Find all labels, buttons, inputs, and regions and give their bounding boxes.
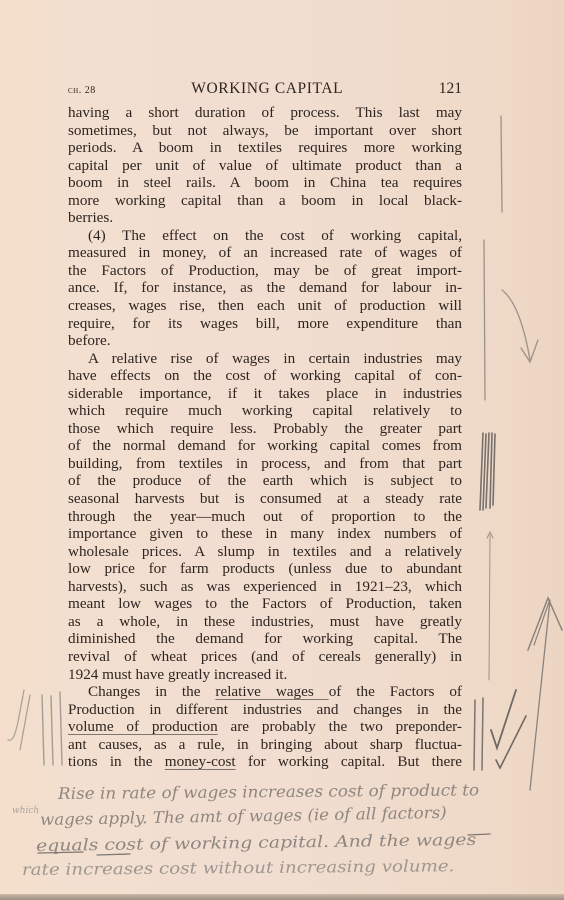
- text-line: Production in different industries and c…: [68, 701, 462, 719]
- text-line: those which require less. Probably the g…: [68, 420, 462, 438]
- text-line: volume of production are probably the tw…: [68, 718, 462, 736]
- text-line: boom in steel rails. A boom in China tea…: [68, 174, 462, 192]
- text-line: sometimes, but not always, be important …: [68, 122, 462, 140]
- page-number: 121: [439, 80, 462, 98]
- body-text: having a short duration of process. This…: [68, 104, 462, 771]
- text-span: are probably the two preponder-: [218, 718, 462, 735]
- text-line: importance given to these in many index …: [68, 525, 462, 543]
- text-line: seasonal harvests but is consumed at a s…: [68, 490, 462, 508]
- chapter-label: ch. 28: [68, 85, 96, 96]
- text-span: tions in the: [68, 753, 165, 770]
- text-line: siderable importance, if it takes place …: [68, 385, 462, 403]
- text-line: tions in the money-cost for working capi…: [68, 753, 462, 771]
- text-line: having a short duration of process. This…: [68, 104, 462, 122]
- text-line: A relative rise of wages in certain indu…: [68, 350, 462, 368]
- note-line: rate increases cost without increasing v…: [22, 856, 455, 879]
- underlined-phrase: money-cost: [165, 753, 236, 770]
- text-span: for working capital. But there: [236, 753, 462, 770]
- text-line: of the produce of the earth which is sub…: [68, 472, 462, 490]
- text-line: ance. If, for instance, as the demand fo…: [68, 279, 462, 297]
- text-line: (4) The effect on the cost of working ca…: [68, 227, 462, 245]
- text-line: the Factors of Production, may be of gre…: [68, 262, 462, 280]
- text-span: Changes in the: [88, 683, 215, 700]
- handwritten-note: Rise in rate of wages increases cost of …: [0, 780, 564, 894]
- text-line: wholesale prices. A slump in textiles an…: [68, 543, 462, 561]
- running-head: ch. 28 WORKING CAPITAL 121: [68, 80, 462, 104]
- text-line: ant causes, as a rule, in bringing about…: [68, 736, 462, 754]
- underlined-phrase: relative wages: [215, 683, 328, 700]
- text-line: harvests), such as was experienced in 19…: [68, 578, 462, 596]
- text-line: 1924 must have greatly increased it.: [68, 666, 462, 684]
- text-line: revival of wheat prices (and of cereals …: [68, 648, 462, 666]
- underlined-phrase: volume of production: [68, 718, 218, 735]
- text-line: building, from textiles in process, and …: [68, 455, 462, 473]
- text-line: diminished the demand for working capita…: [68, 630, 462, 648]
- text-line: periods. A boom in textiles requires mor…: [68, 139, 462, 157]
- text-line: require, for its wages bill, more expend…: [68, 315, 462, 333]
- text-line: as a whole, in these industries, must ha…: [68, 613, 462, 631]
- text-line: through the year—much out of proportion …: [68, 508, 462, 526]
- page-bottom-edge: [0, 894, 564, 900]
- text-line: capital per unit of value of ultimate pr…: [68, 157, 462, 175]
- note-line: equals cost of working capital. And the …: [36, 830, 476, 855]
- text-line: low price for farm products (unless due …: [68, 560, 462, 578]
- text-line: creases, wages rise, then each unit of p…: [68, 297, 462, 315]
- text-line: have effects on the cost of working capi…: [68, 367, 462, 385]
- note-line-prefix: which: [12, 806, 39, 816]
- text-span: of the Factors of: [329, 683, 462, 700]
- text-line: before.: [68, 332, 462, 350]
- text-line: measured in money, of an increased rate …: [68, 244, 462, 262]
- page-title: WORKING CAPITAL: [191, 80, 343, 98]
- note-line: Rise in rate of wages increases cost of …: [58, 780, 479, 803]
- text-line: of the normal demand for working capital…: [68, 437, 462, 455]
- text-line: berries.: [68, 209, 462, 227]
- text-line: which require much working capital relat…: [68, 402, 462, 420]
- text-line: more working capital than a boom in loca…: [68, 192, 462, 210]
- text-line: Changes in the relative wages of the Fac…: [68, 683, 462, 701]
- note-line: wages apply. The amt of wages (ie of all…: [40, 803, 447, 829]
- text-line: meant low wages to the Factors of Produc…: [68, 595, 462, 613]
